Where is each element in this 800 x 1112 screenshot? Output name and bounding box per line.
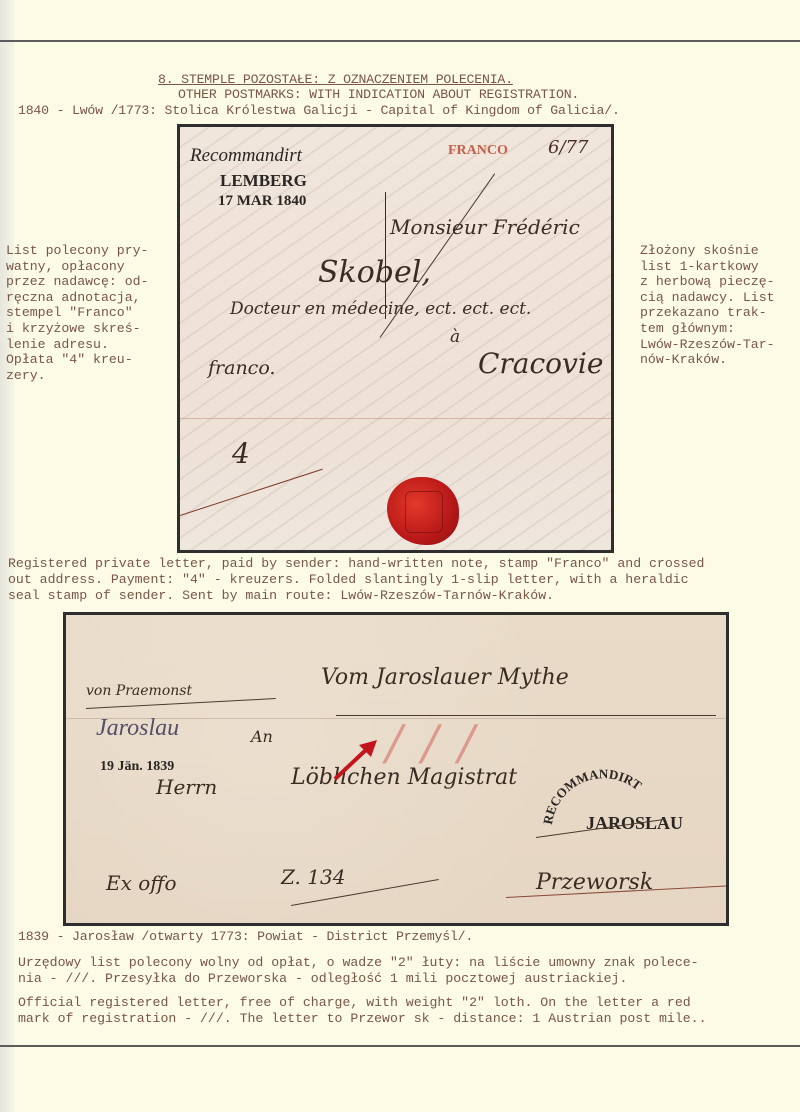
script-destination: Przeworsk (536, 870, 653, 895)
item1-description-left: List polecony pry- watny, opłacony przez… (6, 243, 148, 383)
address-line-1: Monsieur Frédéric (390, 215, 580, 239)
script-herrn: Herrn (156, 775, 217, 799)
item2-description-pl: Urzędowy list polecony wolny od opłat, o… (18, 955, 699, 987)
script-an: An (251, 727, 273, 746)
wax-seal (387, 477, 459, 545)
section-title-en: OTHER POSTMARKS: WITH INDICATION ABOUT R… (178, 87, 579, 102)
address-city: Cracovie (478, 347, 603, 380)
header-script: Vom Jaroslauer Mythe (321, 665, 569, 690)
script-ex-offo: Ex offo (106, 871, 177, 895)
item2-location: 1839 - Jarosław /otwarty 1773: Powiat - … (18, 929, 473, 944)
item1-location: 1840 - Lwów /1773: Stolica Królestwa Gal… (18, 103, 620, 118)
charge-note: 4 (232, 437, 250, 470)
section-title-pl: 8. STEMPLE POZOSTAŁE: Z OZNACZENIEM POLE… (158, 72, 513, 87)
recommandirt-stamp: Recommandirt (190, 145, 302, 167)
franco-note: franco. (208, 357, 275, 379)
address-a: à (450, 327, 460, 347)
item1-description-right: Złożony skośnie list 1-kartkowy z herbow… (640, 243, 775, 368)
item2-description-en: Official registered letter, free of char… (18, 995, 707, 1027)
script-number: Z. 134 (281, 865, 345, 889)
red-registration-mark: /// (386, 715, 495, 771)
lemberg-stamp: LEMBERG (220, 171, 307, 191)
top-rule (0, 40, 800, 42)
ink-stroke (180, 469, 323, 516)
address-line-3: Docteur en médecine, ect. ect. ect. (230, 299, 531, 319)
franco-red-stamp: FRANCO (448, 143, 508, 159)
item1-caption-en: Registered private letter, paid by sende… (8, 556, 704, 604)
letter-2-image: von Praemonst Vom Jaroslauer Mythe Jaros… (63, 612, 729, 926)
date-stamp: 17 MAR 1840 (218, 193, 306, 210)
bottom-rule (0, 1045, 800, 1047)
address-line-2: Skobel, (318, 255, 431, 290)
note-top-left: von Praemonst (86, 683, 192, 699)
letter-1-image: Recommandirt LEMBERG 17 MAR 1840 FRANCO … (177, 124, 614, 553)
ink-underline (86, 698, 276, 709)
red-arrow-icon (331, 737, 381, 783)
fold-line (180, 418, 611, 419)
rate-note: 6/77 (548, 137, 588, 158)
date-stamp: 19 Jän. 1839 (100, 759, 174, 775)
jaroslau-name-stamp: Jaroslau (96, 715, 179, 742)
